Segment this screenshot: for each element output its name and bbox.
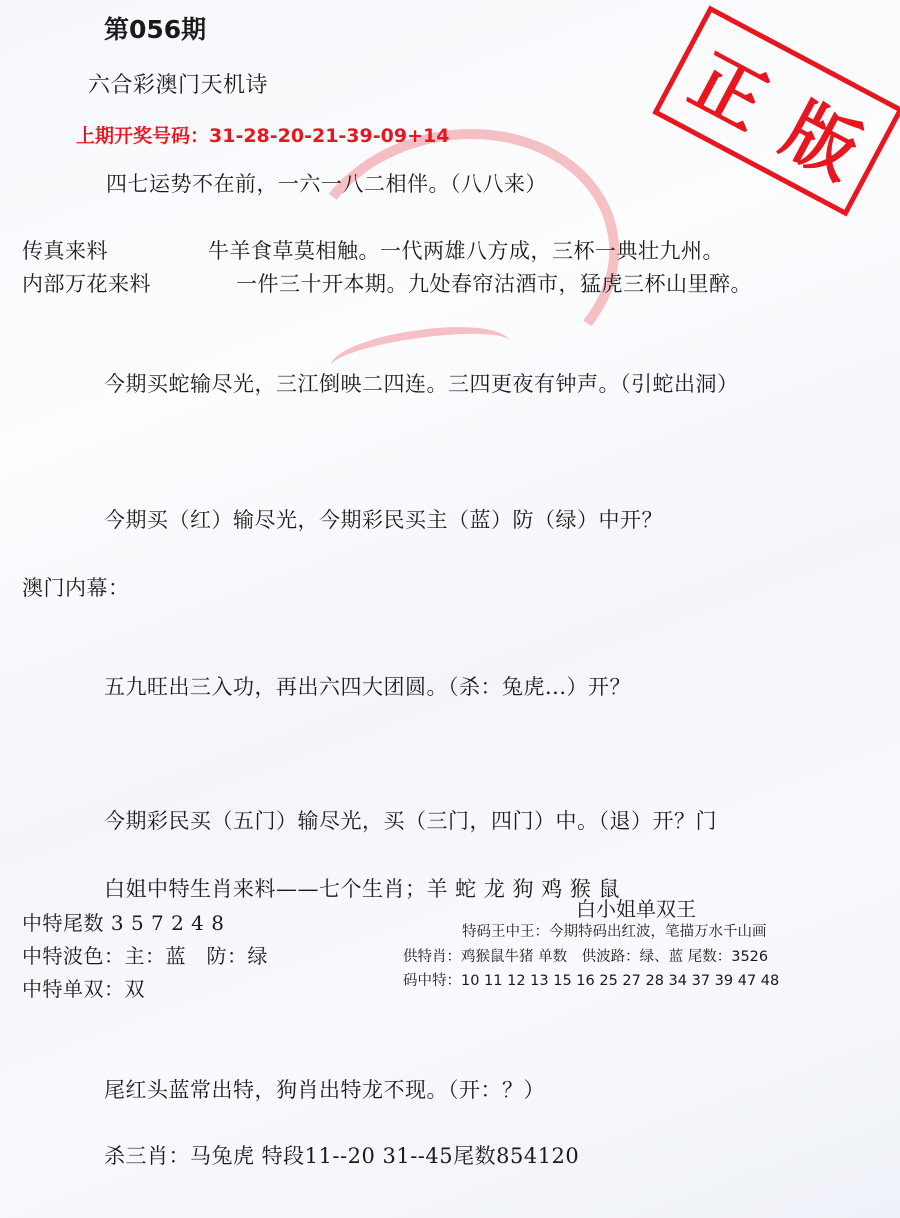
wave-color: 中特波色：主：蓝 防：绿 [22, 940, 268, 969]
fax-label: 传真来料 [22, 235, 108, 265]
page-subtitle: 六合彩澳门天机诗 [88, 68, 268, 99]
fax-text: 牛羊食草莫相触。一代两雄八方成，三杯一典壮九州。 [208, 235, 724, 265]
poem-line: 四七运势不在前，一六一八二相伴。（八八来） [106, 168, 547, 198]
kill-line: 杀三肖：马兔虎 特段11--20 31--45尾数854120 [104, 1140, 579, 1170]
doors-line: 今期彩民买（五门）输尽光，买（三门，四门）中。（退）开？门 [104, 805, 717, 835]
zodiac-line: 白姐中特生肖来料——七个生肖；羊 蛇 龙 狗 鸡 猴 鼠 [104, 873, 620, 903]
stamp-char-2: 版 [768, 73, 880, 199]
box-line-1: 特码王中王：今期特码出红波，笔描万水千山画 [462, 920, 767, 941]
box-line-3: 码中特：10 11 12 13 15 16 25 27 28 34 37 39 … [403, 969, 779, 990]
box-title: 白小姐单双王 [576, 893, 696, 922]
box-line-2: 供特肖：鸡猴鼠牛猪 单数 供波路：绿、蓝 尾数：3526 [403, 945, 768, 966]
color-line: 今期买（红）输尽光，今期彩民买主（蓝）防（绿）中开？ [104, 504, 663, 534]
authentic-stamp: 正 版 [652, 5, 900, 216]
internal-label: 内部万花来料 [22, 268, 151, 298]
last-draw-numbers: 上期开奖号码：31-28-20-21-39-09+14 [76, 121, 449, 148]
odd-even: 中特单双：双 [22, 973, 145, 1002]
five-nine-line: 五九旺出三入功，再出六四大团圆。（杀：兔虎...）开？ [104, 671, 631, 701]
tail-numbers: 中特尾数 3 5 7 2 4 8 [22, 907, 225, 936]
stamp-char-1: 正 [675, 24, 787, 150]
internal-text: 一件三十开本期。九处春帘沽酒市，猛虎三杯山里醉。 [236, 268, 752, 298]
snake-line: 今期买蛇输尽光，三江倒映二四连。三四更夜有钟声。（引蛇出洞） [104, 368, 739, 398]
issue-number: 第056期 [104, 10, 206, 46]
inside-label: 澳门内幕： [22, 572, 130, 602]
riddle-line: 尾红头蓝常出特，狗肖出特龙不现。（开：？） [104, 1074, 545, 1104]
